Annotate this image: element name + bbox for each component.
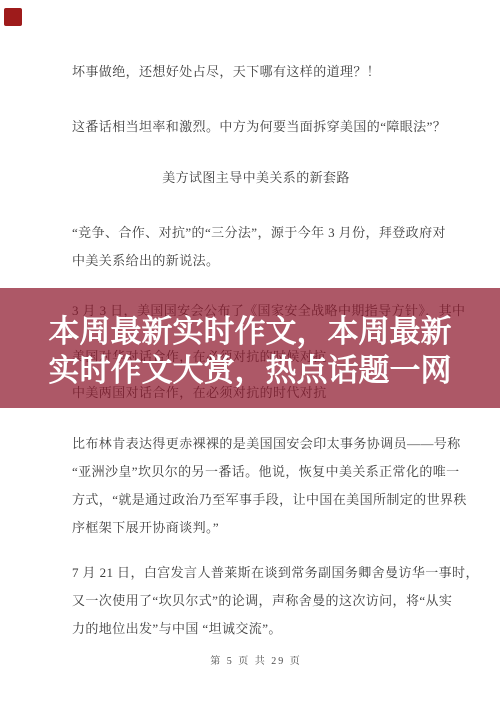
red-corner-marker bbox=[4, 8, 22, 26]
paragraph-line: 又一次使用了“坎贝尔式”的论调，声称舍曼的这次访问，将“从实 bbox=[72, 592, 440, 609]
paragraph-line: 比布林肯表达得更赤裸裸的是美国国安会印太事务协调员——号称 bbox=[72, 435, 440, 452]
paragraph-line: 坏事做绝，还想好处占尽，天下哪有这样的道理？！ bbox=[72, 63, 440, 80]
paragraph-line: 7 月 21 日，白宫发言人普莱斯在谈到常务副国务卿舍曼访华一事时， bbox=[72, 564, 440, 581]
article-page: 坏事做绝，还想好处占尽，天下哪有这样的道理？！ 这番话相当坦率和激烈。中方为何要… bbox=[0, 0, 500, 707]
banner-title-line-1: 本周最新实时作文，本周最新 bbox=[0, 315, 500, 348]
paragraph-line: 这番话相当坦率和激烈。中方为何要当面拆穿美国的“障眼法”？ bbox=[72, 118, 440, 135]
title-overlay-banner: 本周最新实时作文，本周最新 实时作文大赏，热点话题一网 bbox=[0, 288, 500, 408]
paragraph-line: 序框架下展开协商谈判。” bbox=[72, 519, 440, 536]
paragraph-line: “竞争、合作、对抗”的“三分法”，源于今年 3 月份，拜登政府对 bbox=[72, 224, 440, 241]
banner-title-line-2: 实时作文大赏，热点话题一网 bbox=[0, 354, 500, 387]
page-number-footer: 第 5 页 共 29 页 bbox=[72, 653, 440, 670]
section-heading: 美方试图主导中美关系的新套路 bbox=[72, 169, 440, 186]
paragraph-line: 力的地位出发”与中国 “坦诚交流”。 bbox=[72, 620, 440, 637]
paragraph-line: 中美关系给出的新说法。 bbox=[72, 252, 440, 269]
paragraph-line: “亚洲沙皇”坎贝尔的另一番话。他说，恢复中美关系正常化的唯一 bbox=[72, 463, 440, 480]
paragraph-line: 方式，“就是通过政治乃至军事手段，让中国在美国所制定的世界秩 bbox=[72, 491, 440, 508]
